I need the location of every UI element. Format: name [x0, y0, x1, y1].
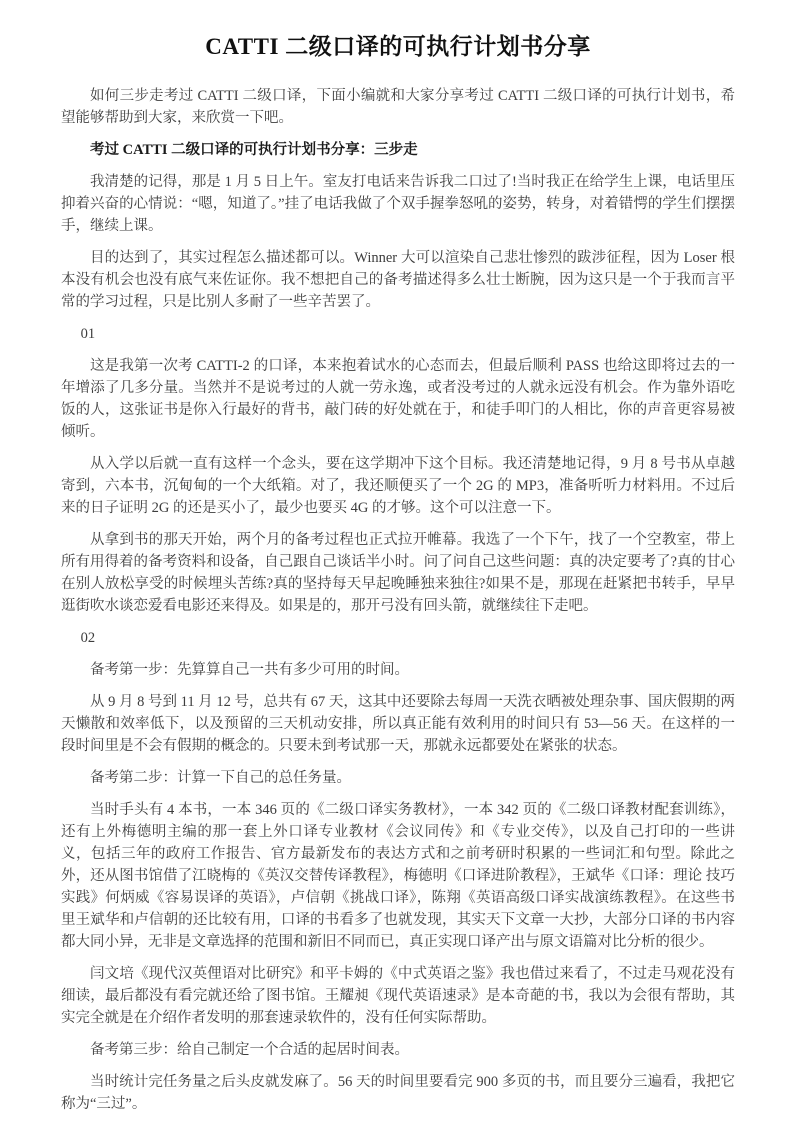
- step-heading: 备考第一步：先算算自己一共有多少可用的时间。: [61, 659, 735, 681]
- paragraph: 当时统计完任务量之后头皮就发麻了。56 天的时间里要看完 900 多页的书，而且…: [61, 1071, 735, 1115]
- step-heading: 备考第三步：给自己制定一个合适的起居时间表。: [61, 1039, 735, 1061]
- step-heading: 备考第二步：计算一下自己的总任务量。: [61, 767, 735, 789]
- section-number-marker: 02: [61, 627, 735, 649]
- document-title: CATTI 二级口译的可执行计划书分享: [61, 32, 735, 62]
- paragraph: 当时手头有 4 本书，一本 346 页的《二级口译实务教材》，一本 342 页的…: [61, 799, 735, 953]
- document-page: CATTI 二级口译的可执行计划书分享 如何三步走考过 CATTI 二级口译，下…: [0, 0, 794, 1123]
- paragraph: 这是我第一次考 CATTI-2 的口译，本来抱着试水的心态而去，但最后顺利 PA…: [61, 355, 735, 443]
- paragraph: 从拿到书的那天开始，两个月的备考过程也正式拉开帷幕。我选了一个下午，找了一个空教…: [61, 529, 735, 617]
- paragraph: 从 9 月 8 号到 11 月 12 号，总共有 67 天，这其中还要除去每周一…: [61, 691, 735, 757]
- document-body: 如何三步走考过 CATTI 二级口译，下面小编就和大家分享考过 CATTI 二级…: [61, 85, 735, 1115]
- paragraph: 我清楚的记得，那是 1 月 5 日上午。室友打电话来告诉我二口过了!当时我正在给…: [61, 171, 735, 237]
- paragraph: 闫文培《现代汉英俚语对比研究》和平卡姆的《中式英语之鉴》我也借过来看了，不过走马…: [61, 963, 735, 1029]
- section-number-marker: 01: [61, 323, 735, 345]
- paragraph: 如何三步走考过 CATTI 二级口译，下面小编就和大家分享考过 CATTI 二级…: [61, 85, 735, 129]
- paragraph: 目的达到了，其实过程怎么描述都可以。Winner 大可以渲染自己悲壮惨烈的跋涉征…: [61, 247, 735, 313]
- paragraph: 从入学以后就一直有这样一个念头，要在这学期冲下这个目标。我还清楚地记得，9 月 …: [61, 453, 735, 519]
- section-heading: 考过 CATTI 二级口译的可执行计划书分享：三步走: [61, 139, 735, 161]
